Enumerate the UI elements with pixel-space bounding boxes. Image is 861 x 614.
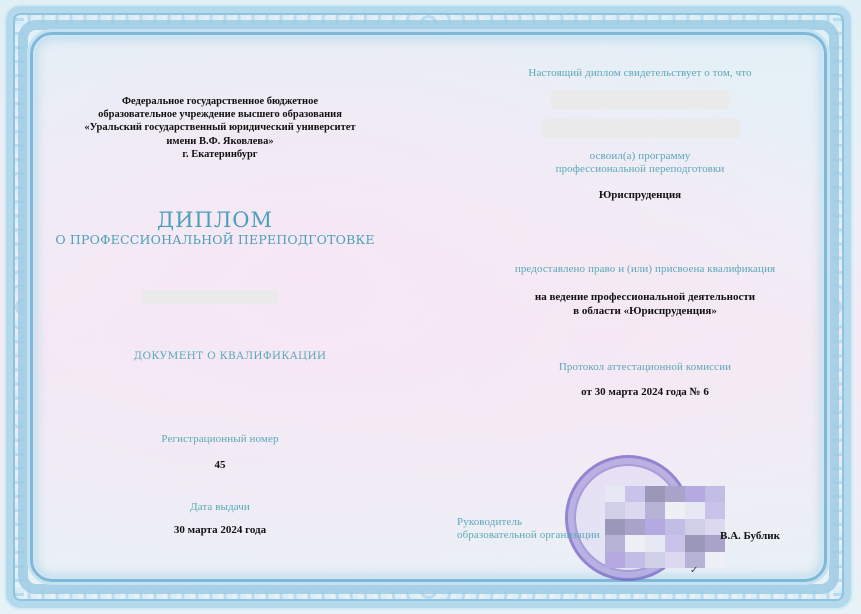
pixel-block xyxy=(705,552,725,568)
title-main: ДИПЛОМ xyxy=(40,208,390,232)
redacted-surname xyxy=(551,90,729,109)
pixel-block xyxy=(665,519,685,535)
signature-tick: ✓ xyxy=(690,565,698,576)
registration-label: Регистрационный номер xyxy=(120,433,320,445)
pixel-block xyxy=(625,486,645,502)
diploma-title: ДИПЛОМ О ПРОФЕССИОНАЛЬНОЙ ПЕРЕПОДГОТОВКЕ xyxy=(40,208,390,247)
program-label: освоил(а) программу профессиональной пер… xyxy=(520,150,760,176)
head-title-line: Руководитель xyxy=(457,516,617,529)
pixel-block xyxy=(645,502,665,518)
head-name: В.А. Бублик xyxy=(720,530,810,542)
pixel-block xyxy=(605,486,625,502)
qualification-line: в области «Юриспруденция» xyxy=(490,304,800,318)
document-kind: ДОКУМЕНТ О КВАЛИФИКАЦИИ xyxy=(100,350,360,362)
pixel-block xyxy=(645,535,665,551)
pixel-block xyxy=(645,552,665,568)
pixel-block xyxy=(645,519,665,535)
qualification-value: на ведение профессиональной деятельности… xyxy=(490,290,800,318)
pixel-block xyxy=(705,486,725,502)
institution-line: «Уральский государственный юридический у… xyxy=(55,121,385,134)
institution-name: Федеральное государственное бюджетное об… xyxy=(55,95,385,161)
issue-date: 30 марта 2024 года xyxy=(120,524,320,536)
pixel-block xyxy=(665,535,685,551)
pixel-block xyxy=(625,519,645,535)
pixelated-signature xyxy=(605,486,725,568)
issue-date-label: Дата выдачи xyxy=(120,501,320,513)
pixel-block xyxy=(625,552,645,568)
pixel-block xyxy=(605,552,625,568)
pixel-block xyxy=(665,486,685,502)
pixel-block xyxy=(665,502,685,518)
institution-line: Федеральное государственное бюджетное xyxy=(55,95,385,108)
qualification-line: на ведение профессиональной деятельности xyxy=(490,290,800,304)
pixel-block xyxy=(665,552,685,568)
diploma-sheet: Федеральное государственное бюджетное об… xyxy=(0,0,861,614)
protocol-value: от 30 марта 2024 года № 6 xyxy=(520,386,770,398)
pixel-block xyxy=(625,502,645,518)
pixel-block xyxy=(685,502,705,518)
institution-line: образовательное учреждение высшего образ… xyxy=(55,108,385,121)
pixel-block xyxy=(685,486,705,502)
title-subtitle: О ПРОФЕССИОНАЛЬНОЙ ПЕРЕПОДГОТОВКЕ xyxy=(40,232,390,247)
redacted-series-number xyxy=(142,290,278,304)
redacted-given-names xyxy=(542,119,740,138)
pixel-block xyxy=(685,519,705,535)
pixel-block xyxy=(705,502,725,518)
head-title-line: образовательной организации xyxy=(457,529,617,542)
pixel-block xyxy=(645,486,665,502)
pixel-block xyxy=(685,535,705,551)
qualification-label: предоставлено право и (или) присвоена кв… xyxy=(490,263,800,275)
institution-line: имени В.Ф. Яковлева» xyxy=(55,135,385,148)
registration-number: 45 xyxy=(120,459,320,471)
certifies-label: Настоящий диплом свидетельствует о том, … xyxy=(490,67,790,79)
protocol-label: Протокол аттестационной комиссии xyxy=(520,361,770,373)
program-label-line: профессиональной переподготовки xyxy=(520,163,760,176)
program-label-line: освоил(а) программу xyxy=(520,150,760,163)
head-title: Руководитель образовательной организации xyxy=(457,516,617,542)
pixel-block xyxy=(625,535,645,551)
institution-line: г. Екатеринбург xyxy=(55,148,385,161)
program-name: Юриспруденция xyxy=(520,189,760,201)
